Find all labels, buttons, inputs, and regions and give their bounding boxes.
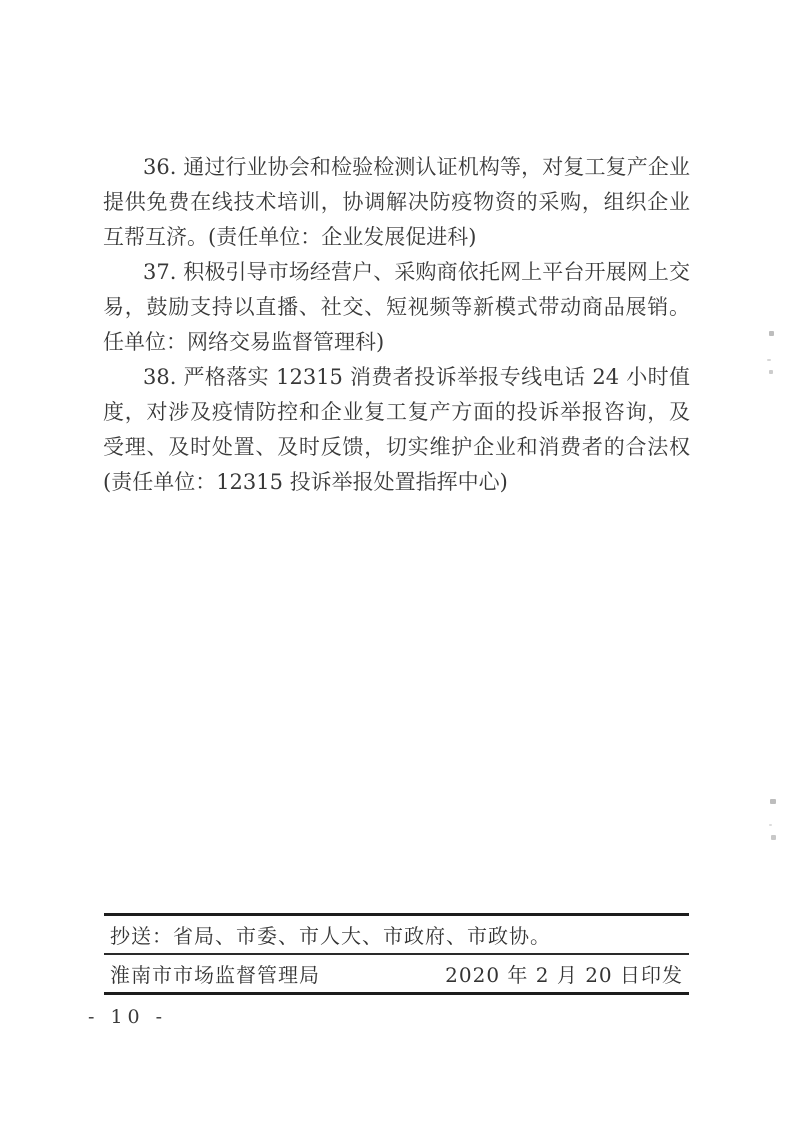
print-date: 2020 年 2 月 20 日印发 (445, 959, 683, 988)
paragraph-36-line-3: 互帮互济。(责任单位：企业发展促进科) (103, 220, 690, 255)
cc-line-text: 抄送：省局、市委、市人大、市政府、市政协。 (110, 920, 551, 949)
paragraph-36: 36. 通过行业协会和检验检测认证机构等，对复工复产企业 提供免费在线技术培训，… (103, 150, 690, 255)
scan-speck (769, 370, 773, 374)
issuer-row: 淮南市市场监督管理局 2020 年 2 月 20 日印发 (104, 955, 689, 992)
paragraph-38: 38. 严格落实 12315 消费者投诉举报专线电话 24 小时值班制 度，对涉… (103, 360, 690, 500)
paragraph-37-line-3: 任单位：网络交易监督管理科) (103, 325, 690, 360)
page-number: - 10 - (88, 1006, 167, 1028)
document-body: 36. 通过行业协会和检验检测认证机构等，对复工复产企业 提供免费在线技术培训，… (103, 150, 690, 500)
paragraph-38-line-4: (责任单位：12315 投诉举报处置指挥中心) (103, 465, 690, 500)
document-footer: 抄送：省局、市委、市人大、市政府、市政协。 淮南市市场监督管理局 2020 年 … (104, 913, 689, 995)
paragraph-38-line-3: 受理、及时处置、及时反馈，切实维护企业和消费者的合法权益。 (103, 430, 690, 465)
issuer-name: 淮南市市场监督管理局 (110, 959, 320, 988)
paragraph-37: 37. 积极引导市场经营户、采购商依托网上平台开展网上交 易，鼓励支持以直播、社… (103, 255, 690, 360)
document-page: 36. 通过行业协会和检验检测认证机构等，对复工复产企业 提供免费在线技术培训，… (0, 0, 793, 1123)
cc-row: 抄送：省局、市委、市人大、市政府、市政协。 (104, 916, 689, 953)
scan-speck (769, 331, 774, 336)
footer-bottom-rule (104, 992, 689, 995)
scan-speck (770, 799, 776, 804)
scan-speck (771, 835, 776, 840)
paragraph-38-line-1: 38. 严格落实 12315 消费者投诉举报专线电话 24 小时值班制 (103, 360, 690, 395)
paragraph-37-line-1: 37. 积极引导市场经营户、采购商依托网上平台开展网上交 (103, 255, 690, 290)
paragraph-37-line-2: 易，鼓励支持以直播、社交、短视频等新模式带动商品展销。(责 (103, 290, 690, 325)
paragraph-36-line-1: 36. 通过行业协会和检验检测认证机构等，对复工复产企业 (103, 150, 690, 185)
scan-speck (769, 824, 772, 826)
paragraph-36-line-2: 提供免费在线技术培训，协调解决防疫物资的采购，组织企业间 (103, 185, 690, 220)
scan-speck (767, 359, 771, 361)
paragraph-38-line-2: 度，对涉及疫情防控和企业复工复产方面的投诉举报咨询，及时 (103, 395, 690, 430)
